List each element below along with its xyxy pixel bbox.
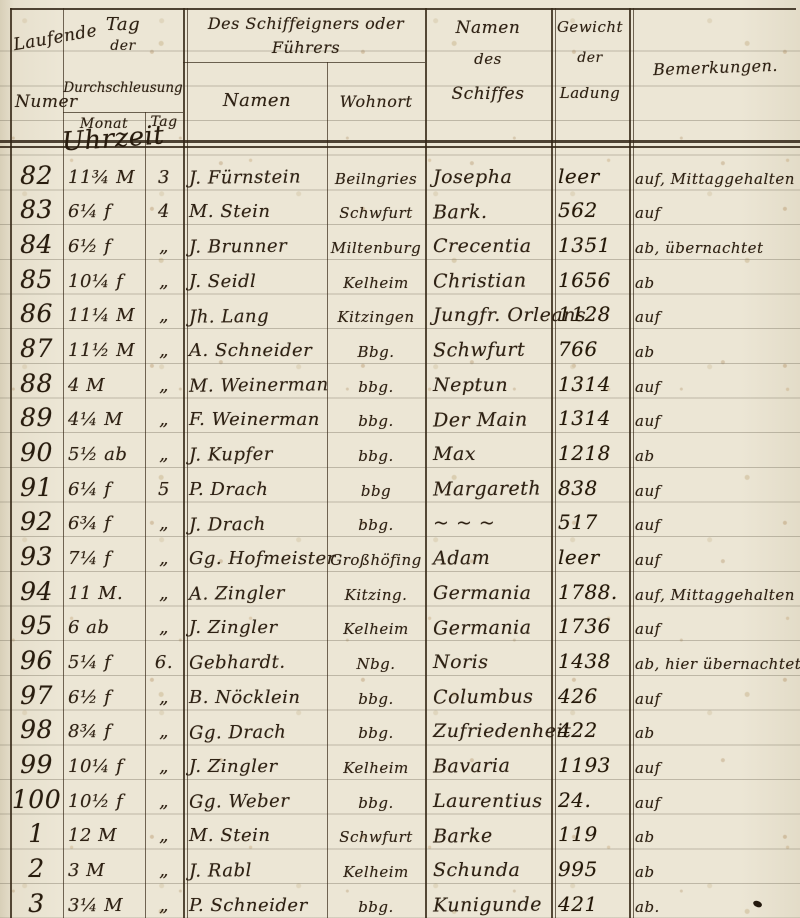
- cell-laufende-nummer: 82: [10, 155, 63, 190]
- ledger-page: Laufende Numer Tag der Durchschleusung M…: [0, 0, 800, 918]
- cell-uhrzeit: 10½ f: [63, 779, 145, 814]
- cell-laufende-nummer: 2: [10, 848, 63, 883]
- header-schiffseigner-line2: Führers: [187, 38, 425, 57]
- cell-tag: „: [145, 259, 183, 294]
- cell-gewicht-ladung: 422: [551, 710, 629, 745]
- cell-uhrzeit: 7¼ f: [63, 536, 145, 571]
- cell-bemerkung: auf: [629, 190, 800, 225]
- cell-laufende-nummer: 86: [10, 294, 63, 329]
- cell-tag: 6.: [145, 640, 183, 675]
- cell-laufende-nummer: 84: [10, 224, 63, 259]
- cell-bemerkung: auf, Mittaggehalten: [629, 155, 800, 190]
- cell-laufende-nummer: 83: [10, 190, 63, 225]
- cell-tag: „: [145, 536, 183, 571]
- cell-schiffsname: Margareth: [425, 466, 551, 502]
- header-der: der: [63, 38, 183, 54]
- cell-tag: „: [145, 432, 183, 467]
- cell-uhrzeit: 4¼ M: [63, 398, 145, 433]
- header-tag: Tag: [63, 14, 183, 35]
- cell-schiffsname: Kunigunde: [425, 883, 551, 918]
- cell-bemerkung: auf, Mittaggehalten: [629, 571, 800, 606]
- cell-gewicht-ladung: 1314: [551, 398, 629, 433]
- cell-bemerkung: ab: [629, 328, 800, 363]
- cell-wohnort: Kitzing.: [327, 571, 425, 606]
- table-row: 97 6½ f „ B. Nöcklein bbg. Columbus 426 …: [10, 675, 800, 710]
- cell-tag: „: [145, 398, 183, 433]
- cell-bemerkung: auf: [629, 294, 800, 329]
- cell-uhrzeit: 11 M.: [63, 571, 145, 606]
- cell-tag: „: [145, 328, 183, 363]
- cell-uhrzeit: 5¼ f: [63, 640, 145, 675]
- cell-gewicht-ladung: 1788.: [551, 571, 629, 606]
- cell-laufende-nummer: 96: [10, 640, 63, 675]
- cell-bemerkung: ab: [629, 814, 800, 849]
- header-bemerkungen: Bemerkungen.: [633, 55, 799, 80]
- cell-uhrzeit: 3 M: [63, 848, 145, 883]
- cell-wohnort: bbg.: [327, 710, 425, 745]
- cell-schiffer-name: M. Weinerman: [183, 362, 327, 398]
- cell-gewicht-ladung: 1351: [551, 224, 629, 259]
- cell-wohnort: bbg.: [327, 883, 425, 918]
- table-row: 94 11 M. „ A. Zingler Kitzing. Germania …: [10, 571, 800, 606]
- table-row: 99 10¼ f „ J. Zingler Kelheim Bavaria 11…: [10, 744, 800, 779]
- cell-laufende-nummer: 91: [10, 467, 63, 502]
- cell-schiffsname: Josepha: [425, 155, 551, 190]
- cell-schiffsname: Schwfurt: [425, 328, 551, 364]
- cell-wohnort: bbg.: [327, 363, 425, 398]
- cell-schiffer-name: Gebhardt.: [183, 640, 327, 676]
- cell-uhrzeit: 4 M: [63, 363, 145, 398]
- cell-bemerkung: auf: [629, 398, 800, 433]
- table-row: 92 6¾ f „ J. Drach bbg. ~ ~ ~ 517 auf: [10, 502, 800, 537]
- cell-bemerkung: auf: [629, 606, 800, 641]
- cell-gewicht-ladung: 517: [551, 502, 629, 537]
- cell-wohnort: Schwfurt: [327, 190, 425, 225]
- cell-bemerkung: auf: [629, 744, 800, 779]
- table-row: 93 7¼ f „ Gg. Hofmeister Großhöfing Adam…: [10, 536, 800, 571]
- cell-tag: „: [145, 675, 183, 710]
- cell-gewicht-ladung: 426: [551, 675, 629, 710]
- table-row: 91 6¼ f 5 P. Drach bbg Margareth 838 auf: [10, 467, 800, 502]
- table-row: 86 11¼ M „ Jh. Lang Kitzingen Jungfr. Or…: [10, 294, 800, 329]
- cell-tag: „: [145, 606, 183, 641]
- cell-schiffer-name: J. Drach: [183, 501, 327, 537]
- header-schiff-line3: Schiffes: [425, 84, 551, 104]
- table-row: 100 10½ f „ Gg. Weber bbg. Laurentius 24…: [10, 779, 800, 814]
- monat-tag-subheader-line: [63, 112, 183, 113]
- table-row: 90 5½ ab „ J. Kupfer bbg. Max 1218 ab: [10, 432, 800, 467]
- cell-tag: 5: [145, 467, 183, 502]
- cell-schiffer-name: M. Stein: [183, 814, 327, 849]
- cell-bemerkung: ab: [629, 259, 800, 294]
- cell-wohnort: Miltenburg: [327, 224, 425, 259]
- cell-uhrzeit: 11½ M: [63, 328, 145, 363]
- cell-wohnort: bbg.: [327, 675, 425, 710]
- cell-wohnort: bbg.: [327, 432, 425, 467]
- cell-bemerkung: auf: [629, 363, 800, 398]
- cell-tag: „: [145, 224, 183, 259]
- cell-tag: „: [145, 363, 183, 398]
- cell-gewicht-ladung: 1438: [551, 640, 629, 675]
- cell-schiffsname: Laurentius: [425, 779, 551, 814]
- cell-schiffer-name: J. Kupfer: [183, 432, 327, 468]
- cell-schiffer-name: Jh. Lang: [183, 293, 327, 329]
- cell-tag: „: [145, 502, 183, 537]
- header-gewicht-line2: der: [551, 50, 629, 66]
- cell-wohnort: bbg.: [327, 398, 425, 433]
- cell-schiffer-name: J. Seidl: [183, 259, 327, 294]
- cell-schiffer-name: Gg. Weber: [183, 778, 327, 814]
- cell-laufende-nummer: 99: [10, 744, 63, 779]
- cell-schiffer-name: P. Drach: [183, 467, 327, 502]
- cell-schiffer-name: J. Zingler: [183, 606, 327, 641]
- cell-laufende-nummer: 97: [10, 675, 63, 710]
- table-row: 3 3¼ M „ P. Schneider bbg. Kunigunde 421…: [10, 883, 800, 918]
- cell-gewicht-ladung: 1656: [551, 259, 629, 294]
- cell-schiffer-name: F. Weinerman: [183, 398, 327, 433]
- cell-gewicht-ladung: 766: [551, 328, 629, 363]
- header-schiffseigner-line1: Des Schiffeigners oder: [187, 14, 425, 33]
- cell-bemerkung: ab, hier übernachtet: [629, 640, 800, 675]
- cell-bemerkung: auf: [629, 675, 800, 710]
- cell-gewicht-ladung: leer: [551, 536, 629, 571]
- cell-gewicht-ladung: leer: [551, 155, 629, 190]
- cell-wohnort: Kelheim: [327, 259, 425, 294]
- cell-bemerkung: auf: [629, 502, 800, 537]
- cell-wohnort: Bbg.: [327, 328, 425, 363]
- cell-laufende-nummer: 88: [10, 363, 63, 398]
- cell-uhrzeit: 12 M: [63, 814, 145, 849]
- table-top-border: [10, 8, 796, 10]
- cell-schiffer-name: B. Nöcklein: [183, 675, 327, 710]
- cell-tag: „: [145, 294, 183, 329]
- cell-schiffsname: Christian: [425, 258, 551, 294]
- cell-schiffer-name: A. Schneider: [183, 328, 327, 363]
- cell-wohnort: Kelheim: [327, 606, 425, 641]
- owner-subheader-line: [183, 62, 425, 63]
- cell-schiffer-name: Gg. Drach: [183, 709, 327, 745]
- cell-schiffer-name: J. Zingler: [183, 744, 327, 779]
- cell-uhrzeit: 8¾ f: [63, 710, 145, 745]
- cell-tag: „: [145, 814, 183, 849]
- cell-schiffer-name: Gg. Hofmeister: [183, 536, 327, 571]
- cell-gewicht-ladung: 562: [551, 190, 629, 225]
- cell-schiffsname: Max: [425, 432, 551, 467]
- cell-schiffsname: Crecentia: [425, 224, 551, 259]
- cell-schiffsname: Germania: [425, 571, 551, 606]
- header-durchschleusung: Durchschleusung: [60, 80, 186, 96]
- table-row: 85 10¼ f „ J. Seidl Kelheim Christian 16…: [10, 259, 800, 294]
- cell-laufende-nummer: 92: [10, 502, 63, 537]
- cell-wohnort: bbg.: [327, 779, 425, 814]
- cell-gewicht-ladung: 119: [551, 814, 629, 849]
- table-body: 82 11¾ M 3 J. Fürnstein Beilngries Josep…: [10, 155, 800, 918]
- cell-gewicht-ladung: 1736: [551, 606, 629, 641]
- table-row: 98 8¾ f „ Gg. Drach bbg. Zufriedenheit 4…: [10, 710, 800, 745]
- cell-uhrzeit: 3¼ M: [63, 883, 145, 918]
- cell-uhrzeit: 11¼ M: [63, 294, 145, 329]
- cell-wohnort: Kitzingen: [327, 294, 425, 329]
- cell-uhrzeit: 5½ ab: [63, 432, 145, 467]
- cell-bemerkung: auf: [629, 536, 800, 571]
- cell-tag: „: [145, 571, 183, 606]
- cell-tag: „: [145, 779, 183, 814]
- cell-gewicht-ladung: 1218: [551, 432, 629, 467]
- table-row: 95 6 ab „ J. Zingler Kelheim Germania 17…: [10, 606, 800, 641]
- cell-uhrzeit: 6¼ f: [63, 190, 145, 225]
- cell-schiffsname: Barke: [425, 813, 551, 849]
- table-row: 89 4¼ M „ F. Weinerman bbg. Der Main 131…: [10, 398, 800, 433]
- cell-uhrzeit: 6½ f: [63, 675, 145, 710]
- header-schiff-line2: des: [425, 50, 551, 68]
- cell-tag: „: [145, 848, 183, 883]
- cell-wohnort: bbg.: [327, 502, 425, 537]
- table-row: 2 3 M „ J. Rabl Kelheim Schunda 995 ab: [10, 848, 800, 883]
- cell-gewicht-ladung: 838: [551, 467, 629, 502]
- cell-tag: 4: [145, 190, 183, 225]
- cell-uhrzeit: 6½ f: [63, 224, 145, 259]
- table-row: 83 6¼ f 4 M. Stein Schwfurt Bark. 562 au…: [10, 190, 800, 225]
- cell-laufende-nummer: 95: [10, 606, 63, 641]
- cell-wohnort: Großhöfing: [327, 536, 425, 571]
- cell-tag: „: [145, 744, 183, 779]
- table-row: 88 4 M „ M. Weinerman bbg. Neptun 1314 a…: [10, 363, 800, 398]
- cell-laufende-nummer: 100: [10, 779, 63, 814]
- cell-schiffsname: ~ ~ ~: [425, 502, 551, 537]
- cell-gewicht-ladung: 995: [551, 848, 629, 883]
- cell-uhrzeit: 10¼ f: [63, 744, 145, 779]
- cell-schiffsname: Bavaria: [425, 744, 551, 780]
- cell-schiffsname: Der Main: [425, 397, 551, 433]
- cell-uhrzeit: 11¾ M: [63, 155, 145, 190]
- cell-tag: 3: [145, 155, 183, 190]
- cell-wohnort: Nbg.: [327, 640, 425, 675]
- cell-schiffer-name: A. Zingler: [183, 570, 327, 606]
- cell-laufende-nummer: 90: [10, 432, 63, 467]
- cell-laufende-nummer: 1: [10, 814, 63, 849]
- cell-schiffsname: Germania: [425, 605, 551, 641]
- cell-bemerkung: ab, übernachtet: [629, 224, 800, 259]
- cell-gewicht-ladung: 24.: [551, 779, 629, 814]
- cell-gewicht-ladung: 1193: [551, 744, 629, 779]
- cell-laufende-nummer: 98: [10, 710, 63, 745]
- cell-schiffer-name: J. Fürnstein: [183, 154, 327, 190]
- cell-bemerkung: ab: [629, 710, 800, 745]
- cell-bemerkung: ab: [629, 848, 800, 883]
- header-gewicht-line3: Ladung: [551, 84, 629, 102]
- cell-gewicht-ladung: 1128: [551, 294, 629, 329]
- cell-bemerkung: auf: [629, 779, 800, 814]
- cell-schiffsname: Adam: [425, 536, 551, 572]
- cell-bemerkung: ab: [629, 432, 800, 467]
- cell-laufende-nummer: 94: [10, 571, 63, 606]
- cell-schiffer-name: J. Brunner: [183, 224, 327, 260]
- cell-bemerkung: ab.: [629, 883, 800, 918]
- cell-schiffsname: Noris: [425, 640, 551, 675]
- cell-wohnort: bbg: [327, 467, 425, 502]
- cell-schiffer-name: P. Schneider: [183, 883, 327, 918]
- table-row: 96 5¼ f 6. Gebhardt. Nbg. Noris 1438 ab,…: [10, 640, 800, 675]
- cell-wohnort: Beilngries: [327, 155, 425, 190]
- cell-uhrzeit: 10¼ f: [63, 259, 145, 294]
- cell-laufende-nummer: 93: [10, 536, 63, 571]
- cell-uhrzeit: 6 ab: [63, 606, 145, 641]
- cell-laufende-nummer: 87: [10, 328, 63, 363]
- cell-schiffsname: Neptun: [425, 363, 551, 398]
- cell-schiffsname: Columbus: [425, 675, 551, 711]
- table-row: 82 11¾ M 3 J. Fürnstein Beilngries Josep…: [10, 155, 800, 190]
- header-gewicht-line1: Gewicht: [551, 18, 629, 36]
- header-schiff-line1: Namen: [425, 18, 551, 38]
- cell-schiffsname: Zufriedenheit: [425, 710, 551, 745]
- cell-bemerkung: auf: [629, 467, 800, 502]
- subheader-namen: Namen: [187, 90, 327, 111]
- cell-wohnort: Kelheim: [327, 744, 425, 779]
- cell-schiffer-name: J. Rabl: [183, 848, 327, 884]
- cell-wohnort: Schwfurt: [327, 814, 425, 849]
- cell-schiffer-name: M. Stein: [183, 190, 327, 225]
- cell-gewicht-ladung: 1314: [551, 363, 629, 398]
- cell-schiffsname: Jungfr. Orleans: [425, 294, 551, 329]
- cell-schiffsname: Schunda: [425, 848, 551, 883]
- subheader-wohnort: Wohnort: [327, 92, 425, 111]
- cell-tag: „: [145, 710, 183, 745]
- table-row: 84 6½ f „ J. Brunner Miltenburg Crecenti…: [10, 224, 800, 259]
- cell-uhrzeit: 6¾ f: [63, 502, 145, 537]
- handwritten-uhrzeit: Uhrzeit: [61, 120, 165, 157]
- table-row: 1 12 M „ M. Stein Schwfurt Barke 119 ab: [10, 814, 800, 849]
- cell-schiffsname: Bark.: [425, 189, 551, 225]
- cell-wohnort: Kelheim: [327, 848, 425, 883]
- cell-laufende-nummer: 85: [10, 259, 63, 294]
- table-row: 87 11½ M „ A. Schneider Bbg. Schwfurt 76…: [10, 328, 800, 363]
- cell-uhrzeit: 6¼ f: [63, 467, 145, 502]
- cell-tag: „: [145, 883, 183, 918]
- cell-gewicht-ladung: 421: [551, 883, 629, 918]
- cell-laufende-nummer: 89: [10, 398, 63, 433]
- cell-laufende-nummer: 3: [10, 883, 63, 918]
